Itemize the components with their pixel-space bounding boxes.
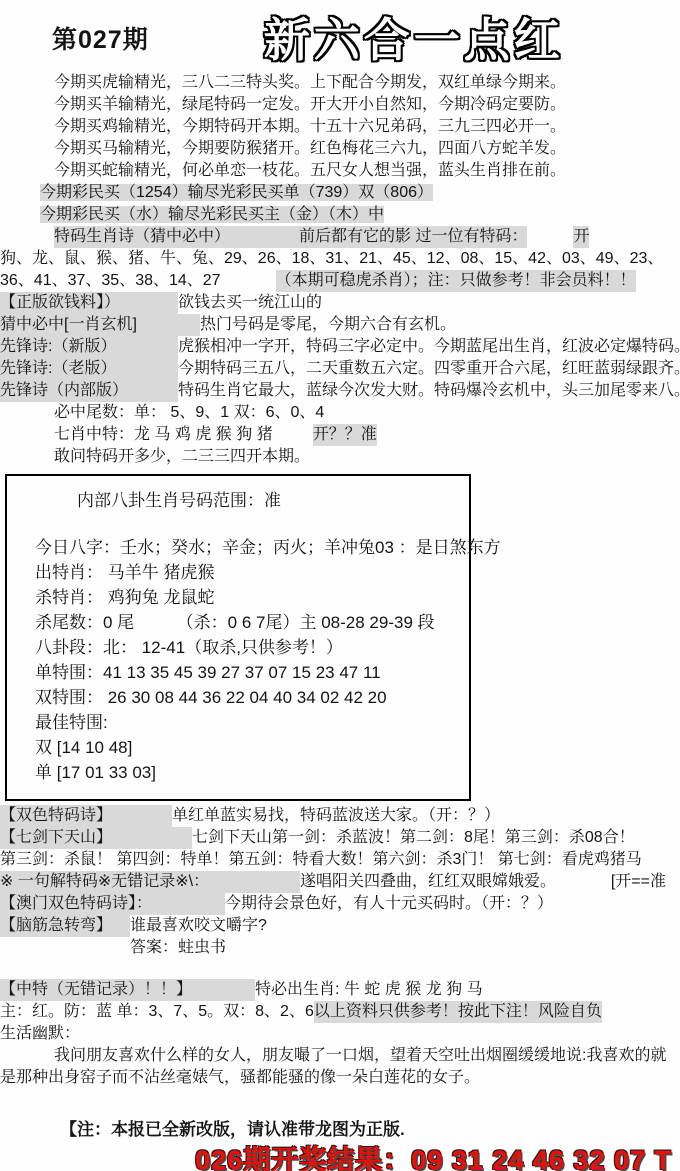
qijian-line-1: 【七剑下天山】 七剑下天山第一剑：杀蓝波！第二剑：8尾！第三剑：杀08合！	[0, 827, 680, 849]
masthead: 第027期 新六合一点红	[0, 14, 680, 66]
zhongte-label: 【中特（无错记录）！！】	[0, 979, 255, 1001]
box-chutexiao: 出特肖： 马羊牛 猪虎猴	[35, 560, 469, 585]
zhongte-disclaimer: 以上资料只供参考！按此下注！风险自负	[314, 1001, 602, 1023]
xianfeng-line: 先锋诗:（老版） 今期特码三五八，二天重数五六定。四零重开合六尾，红旺蓝弱绿跟齐…	[0, 358, 680, 380]
box-bazi: 今日八字：壬水；癸水；辛金；丙火；羊冲兔03 ：是日煞东方	[35, 535, 469, 560]
ganwen-line: 敢问特码开多少，二三三四开本期。	[0, 446, 680, 468]
box-shuangtewei: 双特围： 26 30 08 44 36 22 04 40 34 02 42 20	[35, 685, 469, 710]
aomen-line: 【澳门双色特码诗】： 今期待会景色好，有人十元买码时。（开：？）	[0, 893, 680, 915]
caizhong-line: 猜中必中[一肖玄机] 热门号码是零尾，今期六合有玄机。	[0, 314, 680, 336]
numbers-note: （本期可稳虎杀肖）；注：只做参考！非会员料！！	[276, 270, 636, 292]
shengxiao-shi-kai: 开	[573, 226, 589, 248]
spacer	[0, 1089, 680, 1103]
bagua-box: 内部八卦生肖号码范围：准 今日八字：壬水；癸水；辛金；丙火；羊冲兔03 ：是日煞…	[5, 474, 471, 801]
youmo-line-2: 是那种出身窑子而不沾丝毫婊气，骚都能骚的像一朵白莲花的女子。	[0, 1067, 680, 1089]
zhongte-line-2: 主：红。防：蓝 单：3、7、5。双：8、2、6 以上资料只供参考！按此下注！风险…	[0, 1001, 680, 1023]
zhengban-line: 【正版欲钱料】） 欲钱去买一统江山的	[0, 292, 680, 314]
box-dantewei: 单特围：41 13 35 45 39 27 37 07 15 23 47 11	[35, 660, 469, 685]
edition-note: 【注：本报已全新改版，请认准带龙图为正版.	[0, 1119, 680, 1141]
numbers-tail: 36、41、37、35、38、14、27	[0, 270, 221, 292]
qijian-label: 【七剑下天山】	[0, 827, 192, 849]
naojin-answer: 答案：蛀虫书	[0, 937, 680, 959]
yiju-text: 遂唱阳关四叠曲，红红双眼嫦娥爱。	[300, 871, 556, 893]
qixiao-line: 七肖中特： 龙 马 鸡 虎 猴 狗 猪 开？？准	[0, 424, 680, 446]
poem-line: 今期买马输精光，今期要防猴猪开。红色梅花三六九，四面八方蛇羊发。	[0, 138, 680, 160]
youmo-label: 生活幽默：	[0, 1023, 680, 1045]
box-title: 内部八卦生肖号码范围：准	[35, 488, 469, 513]
yiju-label: ※ 一句解特码※无错记录※\：	[0, 871, 300, 893]
poem-line: 今期买虎输精光，三八二三特头奖。上下配合今期发，双红单绿今期来。	[0, 72, 680, 94]
caimin-text: 今期彩民买（1254）输尽光彩民买单（739）双（806）	[40, 184, 433, 201]
box-shuang: 双 [14 10 48]	[35, 735, 469, 760]
xianfeng-text: 虎猴相冲一字开，特码三字必定中。今期蓝尾出生肖，红波必定爆特码。	[178, 336, 680, 358]
zhongte-text: 特必出生肖: 牛 蛇 虎 猴 龙 狗 马	[255, 979, 483, 1001]
naojin-question: 谁最喜欢咬文嚼字?	[130, 915, 267, 937]
numbers-line-2: 36、41、37、35、38、14、27 （本期可稳虎杀肖）；注：只做参考！非会…	[0, 270, 680, 292]
box-shatexiao: 杀特肖： 鸡狗兔 龙鼠蛇	[35, 585, 469, 610]
xianfeng-text: 今期特码三五八，二天重数五六定。四零重开合六尾，红旺蓝弱绿跟齐。	[178, 358, 680, 380]
qijian-line-2: 第三剑：杀鼠！ 第四剑：特单！第五剑：特看大数！第六剑：杀3门！ 第七剑：看虎鸡…	[0, 849, 680, 871]
zhongte-line: 【中特（无错记录）！！】 特必出生肖: 牛 蛇 虎 猴 龙 狗 马	[0, 979, 680, 1001]
xianfeng-text: 特码生肖它最大，蓝绿今次发大财。特码爆冷玄机中，头三加尾零来八。	[178, 380, 680, 402]
aomen-label: 【澳门双色特码诗】：	[0, 893, 225, 915]
poem-line: 今期买羊输精光，绿尾特码一定发。开大开小自然知，今期冷码定要防。	[0, 94, 680, 116]
caimin-line: 今期彩民买（水）输尽光彩民买主（金）（木）中	[0, 204, 680, 226]
caimin-line: 今期彩民买（1254）输尽光彩民买单（739）双（806）	[0, 182, 680, 204]
zhengban-label: 【正版欲钱料】）	[0, 292, 178, 314]
yiju-line: ※ 一句解特码※无错记录※\： 遂唱阳关四叠曲，红红双眼嫦娥爱。 [开==准	[0, 871, 680, 893]
qixiao-animals: 龙 马 鸡 虎 猴 狗 猪	[134, 424, 273, 446]
shengxiao-shi-line: 特码生肖诗（猜中必中） 前后都有它的影 过一位有特码： 开	[0, 226, 680, 248]
box-shaweishu: 杀尾数：0 尾 （杀：0 6 7尾）主 08-28 29-39 段	[35, 610, 469, 635]
numbers-line-1: 狗、龙、鼠、猴、猪、牛、兔、29、26、18、31、21、45、12、08、15…	[0, 248, 680, 270]
issue-number: 第027期	[52, 29, 149, 51]
shengxiao-shi-label: 特码生肖诗（猜中必中）	[54, 226, 299, 248]
shuangse-text: 单红单蓝实易找，特码蓝波送大家。（开：？）	[172, 805, 500, 827]
caizhong-label: 猜中必中[一肖玄机]	[0, 314, 200, 336]
shengxiao-shi-text: 前后都有它的影 过一位有特码：	[299, 226, 527, 248]
poem-line: 今期买鸡输精光，今期特码开本期。十五十六兄弟码，三九三四必开一。	[0, 116, 680, 138]
poem-line: 今期买蛇输精光，何必单恋一枝花。五尺女人想当强，蓝头生肖排在前。	[0, 160, 680, 182]
zhengban-text: 欲钱去买一统江山的	[178, 292, 322, 314]
naojin-label: 【脑筋急转弯】	[0, 915, 130, 937]
yiju-kai: [开==准	[611, 871, 680, 893]
xianfeng-line: 先锋诗（内部版） 特码生肖它最大，蓝绿今次发大财。特码爆冷玄机中，头三加尾零来八…	[0, 380, 680, 402]
previous-draw-result: 026期开奖结果：09 31 24 46 32 07 T 23	[0, 1149, 680, 1171]
caimin-text: 今期彩民买（水）输尽光彩民买主（金）（木）中	[40, 206, 384, 223]
box-dan: 单 [17 01 33 03]	[35, 760, 469, 785]
naojin-line: 【脑筋急转弯】 谁最喜欢咬文嚼字?	[0, 915, 680, 937]
shuangse-line: 【双色特码诗】 单红单蓝实易找，特码蓝波送大家。（开：？）	[0, 805, 680, 827]
xianfeng-label: 先锋诗:（老版）	[0, 358, 178, 380]
xianfeng-line: 先锋诗:（新版） 虎猴相冲一字开，特码三字必定中。今期蓝尾出生肖，红波必定爆特码…	[0, 336, 680, 358]
xianfeng-label: 先锋诗（内部版）	[0, 380, 178, 402]
shuangse-label: 【双色特码诗】	[0, 805, 172, 827]
zhongte-bets: 主：红。防：蓝 单：3、7、5。双：8、2、6	[0, 1001, 314, 1023]
qixiao-label: 七肖中特：	[54, 424, 134, 446]
box-zuijia: 最佳特围:	[35, 710, 469, 735]
aomen-text: 今期待会景色好，有人十元买码时。（开：？）	[225, 893, 553, 915]
youmo-line-1: 我问朋友喜欢什么样的女人，朋友嘬了一口烟，望着天空吐出烟圈缓缓地说:我喜欢的就	[0, 1045, 680, 1067]
page-title: 新六合一点红	[264, 29, 564, 51]
qixiao-kai: 开？？准	[313, 424, 377, 446]
qijian-text: 七剑下天山第一剑：杀蓝波！第二剑：8尾！第三剑：杀08合！	[192, 827, 635, 849]
xianfeng-label: 先锋诗:（新版）	[0, 336, 178, 358]
spacer	[0, 959, 680, 979]
tip-sheet-page: 第027期 新六合一点红 今期买虎输精光，三八二三特头奖。上下配合今期发，双红单…	[0, 0, 680, 1171]
box-baguaduan: 八卦段：北： 12-41（取杀,只供参考！）	[35, 635, 469, 660]
caizhong-text: 热门号码是零尾，今期六合有玄机。	[200, 314, 456, 336]
bizhong-line: 必中尾数：单： 5、9、1 双：6、0、4	[0, 402, 680, 424]
